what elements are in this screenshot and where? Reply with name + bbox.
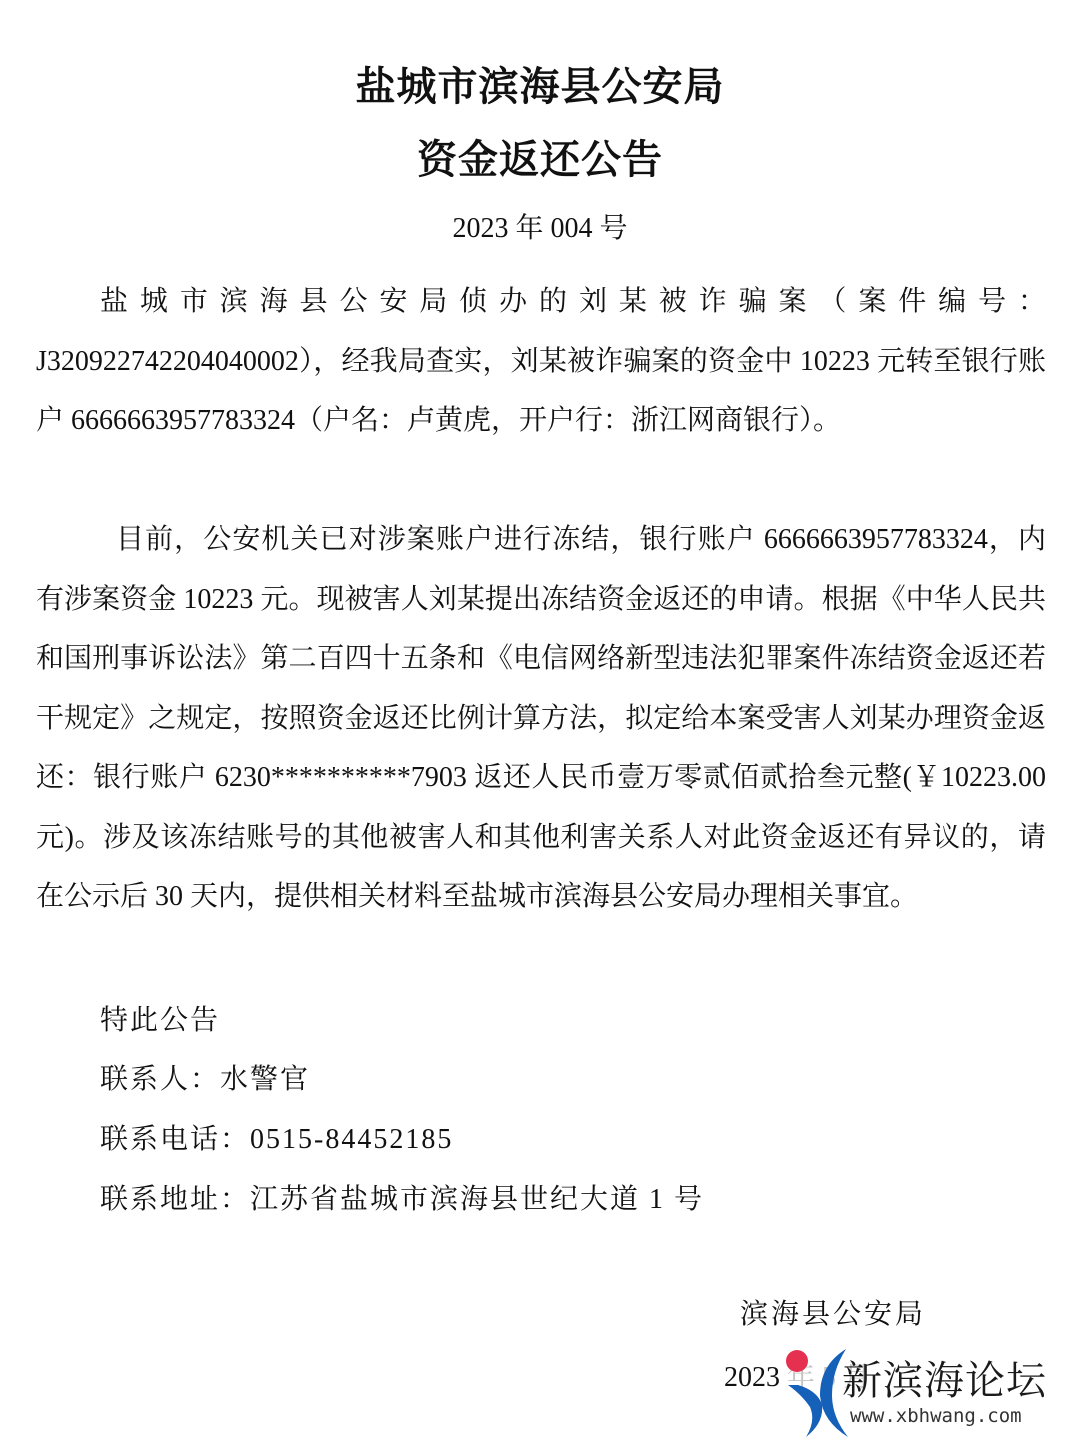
watermark-site-name: 新滨海论坛 bbox=[842, 1349, 1047, 1406]
paragraph-refund-details: 目前，公安机关已对涉案账户进行冻结，银行账户 6666663957783324，… bbox=[36, 510, 1046, 927]
watermark-site-url: www.xbhwang.com bbox=[850, 1405, 1022, 1427]
contact-address: 联系地址：江苏省盐城市滨海县世纪大道 1 号 bbox=[100, 1177, 704, 1217]
signature-issuer: 滨海县公安局 bbox=[740, 1292, 926, 1332]
document-number: 2023 年 004 号 bbox=[0, 206, 1080, 246]
title-agency: 盐城市滨海县公安局 bbox=[0, 55, 1080, 112]
title-notice: 资金返还公告 bbox=[0, 128, 1080, 185]
closing-notice: 特此公告 bbox=[100, 998, 220, 1038]
paragraph-case-details: 盐城市滨海县公安局侦办的刘某被诈骗案（案件编号：J320922742204040… bbox=[36, 272, 1046, 451]
contact-phone: 联系电话：0515-84452185 bbox=[100, 1117, 453, 1157]
contact-person: 联系人：水警官 bbox=[100, 1057, 310, 1097]
watermark: 新滨海论坛 www.xbhwang.com bbox=[784, 1345, 1074, 1440]
